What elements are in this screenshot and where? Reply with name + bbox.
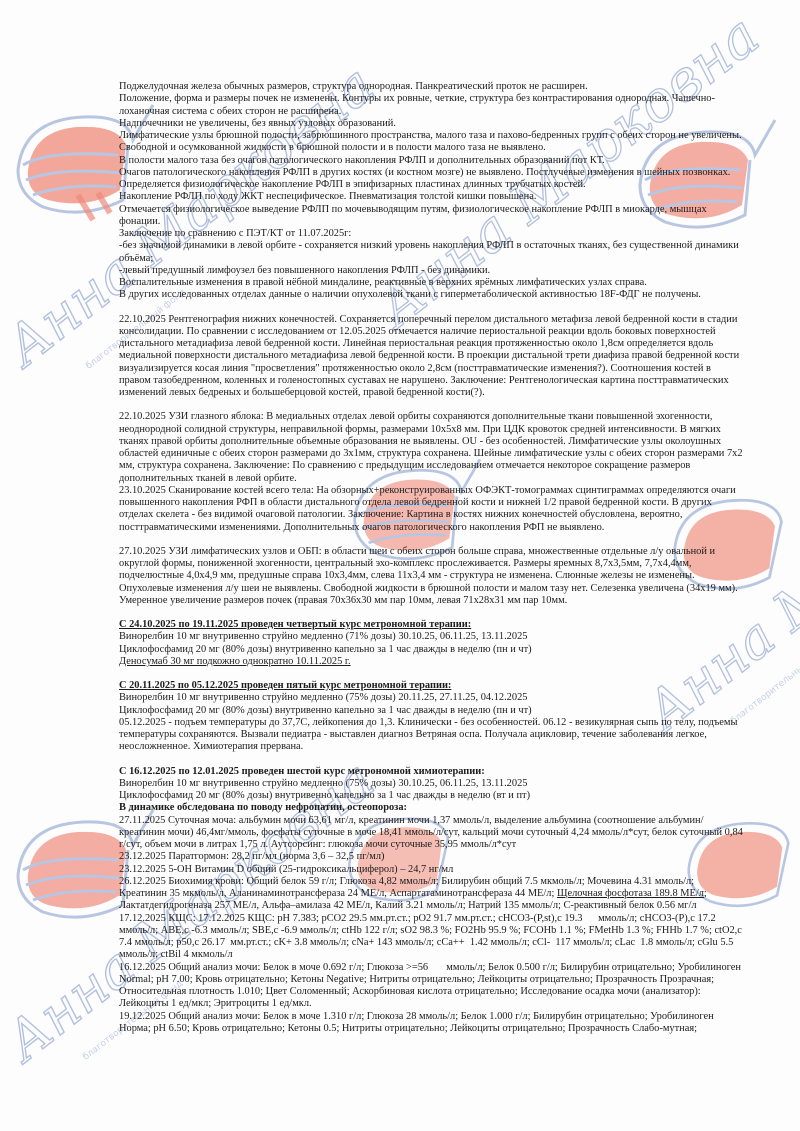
course-5-title: С 20.11.2025 по 05.12.2025 проведен пяты…: [119, 680, 744, 692]
course-line: Циклофосфамид 20 мг (80% дозы) внутривен…: [119, 644, 744, 656]
urine-daily-result: 27.11.2025 Суточная моча: альбумин мочи …: [119, 815, 744, 852]
paragraph: Накопление РФЛП по ходу ЖКТ неспецифичес…: [119, 191, 744, 203]
urinalysis-result: 16.12.2025 Общий анализ мочи: Белок в мо…: [119, 962, 744, 1011]
paragraph: Надпочечники не увеличены, без явных узл…: [119, 118, 744, 130]
paragraph: -левый предушный лимфоузел без повышенно…: [119, 265, 744, 277]
course-line: Циклофосфамид 20 мг (80% дозы) внутривен…: [119, 705, 744, 717]
course-6-section: С 16.12.2025 по 12.01.2025 проведен шест…: [119, 766, 744, 803]
paragraph: -без значимой динамики в левой орбите - …: [119, 240, 744, 265]
course-5-section: С 20.11.2025 по 05.12.2025 проведен пяты…: [119, 680, 744, 754]
document-page: Анна Марковна благотворительный фонд Анн…: [0, 0, 800, 1131]
pth-result: 23.12.2025 Паратгормон: 28,2 пг/мл (норм…: [119, 851, 744, 863]
paragraph: В полости малого таза без очагов патолог…: [119, 155, 744, 167]
blood-gas-result: 17.12.2025 КЩС: 17.12.2025 КЩС: pH 7.383…: [119, 913, 744, 962]
paragraph: Свободной и осумкованной жидкости в брюш…: [119, 142, 744, 154]
vitamin-d-result: 23.12.2025 5-ОН Витамин D общий (25-гидр…: [119, 864, 744, 876]
dynamics-section: В динамике обследована по поводу нефропа…: [119, 802, 744, 1035]
course-line: Деносумаб 30 мг подкожно однократно 10.1…: [119, 656, 744, 668]
urinalysis-result: 19.12.2025 Общий анализ мочи: Белок в мо…: [119, 1011, 744, 1036]
paragraph: В других исследованных отделах данные о …: [119, 289, 744, 301]
paragraph: Поджелудочная железа обычных размеров, с…: [119, 81, 744, 93]
eye-ultrasound-report: 22.10.2025 УЗИ глазного яблока: В медиал…: [119, 411, 744, 485]
paragraph: Отмечается физиологическое выведение РФЛ…: [119, 204, 744, 229]
paragraph: Очагов патологического накопления РФЛП в…: [119, 167, 744, 192]
dynamics-title: В динамике обследована по поводу нефропа…: [119, 802, 744, 814]
course-6-title: С 16.12.2025 по 12.01.2025 проведен шест…: [119, 766, 744, 778]
course-4-section: С 24.10.2025 по 19.11.2025 проведен четв…: [119, 619, 744, 668]
paragraph: Положение, форма и размеры почек не изме…: [119, 93, 744, 118]
biochemistry-result: 26.12.2025 Биохимия крови: Общий белок 5…: [119, 876, 744, 913]
xray-report: 22.10.2025 Рентгенография нижних конечно…: [119, 314, 744, 400]
course-line: Циклофосфамид 20 мг (80% дозы) внутривен…: [119, 790, 744, 802]
lymph-ultrasound-report: 27.10.2025 УЗИ лимфатических узлов и ОБП…: [119, 546, 744, 607]
paragraph: Воспалительные изменения в правой нёбной…: [119, 277, 744, 289]
course-line: Винорелбин 10 мг внутривенно струйно мед…: [119, 631, 744, 643]
document-body: Поджелудочная железа обычных размеров, с…: [119, 81, 744, 1035]
course-line: Винорелбин 10 мг внутривенно струйно мед…: [119, 692, 744, 704]
course-line: 05.12.2025 - подъем температуры до 37,7С…: [119, 717, 744, 754]
pet-ct-section: Поджелудочная железа обычных размеров, с…: [119, 81, 744, 302]
conclusion-heading: Заключение по сравнению с ПЭТ/КТ от 11.0…: [119, 228, 744, 240]
alkaline-phosphatase-value: Щелочная фосфотаза 189.8 МЕ/л: [557, 888, 704, 899]
course-4-title: С 24.10.2025 по 19.11.2025 проведен четв…: [119, 619, 744, 631]
bone-scan-report: 23.10.2025 Сканирование костей всего тел…: [119, 485, 744, 534]
course-line: Винорелбин 10 мг внутривенно струйно мед…: [119, 778, 744, 790]
paragraph: Лимфатические узлы брюшной полости, забр…: [119, 130, 744, 142]
